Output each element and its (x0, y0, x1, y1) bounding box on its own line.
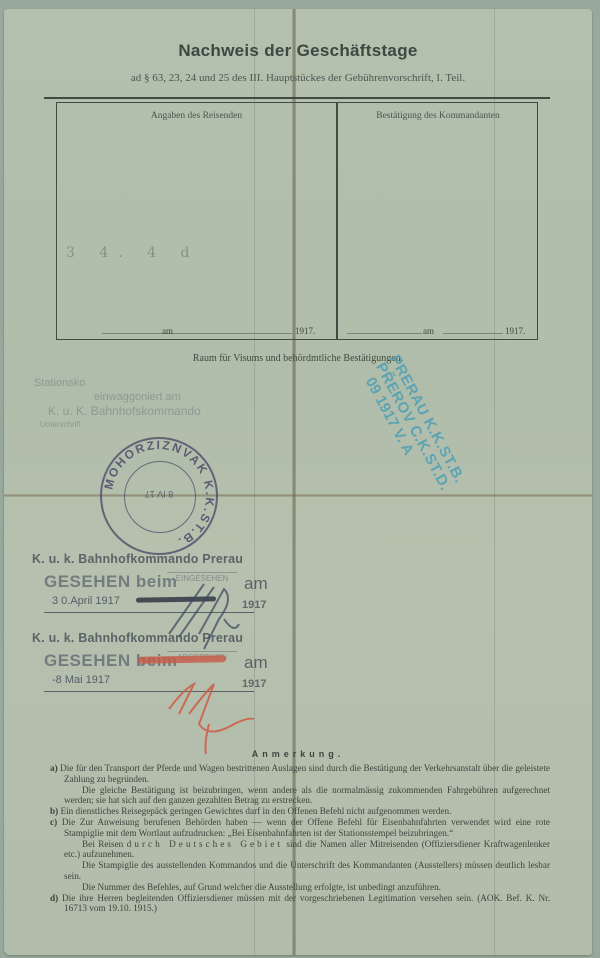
document-page: Nachweis der Geschäftstage ad § 63, 23, … (4, 9, 592, 955)
column-header-commander: Bestätigung des Kommandanten (338, 111, 538, 121)
faint-handwriting: 3 4. 4 d (66, 245, 199, 261)
note-text: Bei Reisen (82, 839, 123, 849)
stamp-gesehen: GESEHEN beim (44, 572, 178, 592)
header-rule (44, 97, 550, 99)
postmark-date: 8 IV 17 (102, 489, 216, 499)
faint-stamp-line: Stationsko (34, 376, 201, 390)
document-title: Nachweis der Geschäftstage (4, 41, 592, 61)
column-divider (336, 103, 338, 339)
note-d: d) Die ihre Herren begleitenden Offizier… (50, 893, 550, 915)
notes-heading: Anmerkung. (4, 749, 592, 759)
stamp-header: K. u. k. Bahnhofkommando Prerau (32, 631, 292, 645)
round-postmark-stamp: MOHORZIZNVAK K.K.ST.B. 8 IV 17 (100, 437, 218, 555)
note-c-travel: Bei Reisen durch Deutsches Gebiet sind d… (50, 839, 550, 861)
column-header-traveler: Angaben des Reisenden (57, 111, 336, 121)
date-line (182, 333, 292, 334)
note-a: a) Die für den Transport der Pferde und … (50, 763, 550, 785)
note-label: b) (50, 806, 58, 816)
note-text: Die Zur Anweisung berufenen Behörden hab… (62, 817, 550, 838)
horizontal-fold (4, 494, 592, 497)
business-days-table: Angaben des Reisenden Bestätigung des Ko… (56, 102, 538, 340)
note-text: Die ihre Herren begleitenden Offiziersdi… (62, 893, 550, 914)
note-c-stamp: Die Stampiglie des ausstellenden Kommand… (50, 860, 550, 882)
document-subtitle: ad § 63, 23, 24 und 25 des III. Hauptstü… (4, 72, 592, 84)
note-text-spaced: durch Deutsches Gebiet (127, 839, 283, 849)
note-label: a) (50, 763, 58, 773)
note-b: b) Ein dienstliches Reisegepäck geringen… (50, 806, 550, 817)
note-text: Die für den Transport der Pferde und Wag… (60, 763, 550, 784)
signature-red (164, 669, 264, 759)
faint-stamp-line: einwaggoniert am (34, 390, 201, 404)
date-year-left: 1917. (295, 326, 315, 336)
stamp-date: -8 Mai 1917 (52, 674, 110, 686)
date-prefix-left: am (162, 326, 173, 336)
date-line (347, 333, 422, 334)
note-a-continued: Die gleiche Bestätigung ist beizubringen… (50, 785, 550, 807)
notes-section: a) Die für den Transport der Pferde und … (50, 763, 550, 914)
faint-stamp: Stationsko einwaggoniert am K. u. K. Bah… (34, 376, 201, 432)
faint-stamp-line: Unterschrift (34, 418, 201, 432)
note-c-number: Die Nummer des Befehles, auf Grund welch… (50, 882, 550, 893)
date-line (443, 333, 503, 334)
note-text: Ein dienstliches Reisegepäck geringen Ge… (60, 806, 451, 816)
visa-caption: Raum für Visums und behördmtliche Bestät… (4, 353, 592, 364)
note-label: d) (50, 893, 58, 903)
stamp-header: K. u. k. Bahnhofkommando Prerau (32, 552, 292, 566)
date-prefix-right: am (423, 326, 434, 336)
date-year-right: 1917. (505, 326, 525, 336)
faint-stamp-line: K. u. K. Bahnhofskommando (34, 404, 201, 418)
note-c: c) Die Zur Anweisung berufenen Behörden … (50, 817, 550, 839)
note-label: c) (50, 817, 57, 827)
stamp-date: 3 0.April 1917 (52, 595, 120, 607)
